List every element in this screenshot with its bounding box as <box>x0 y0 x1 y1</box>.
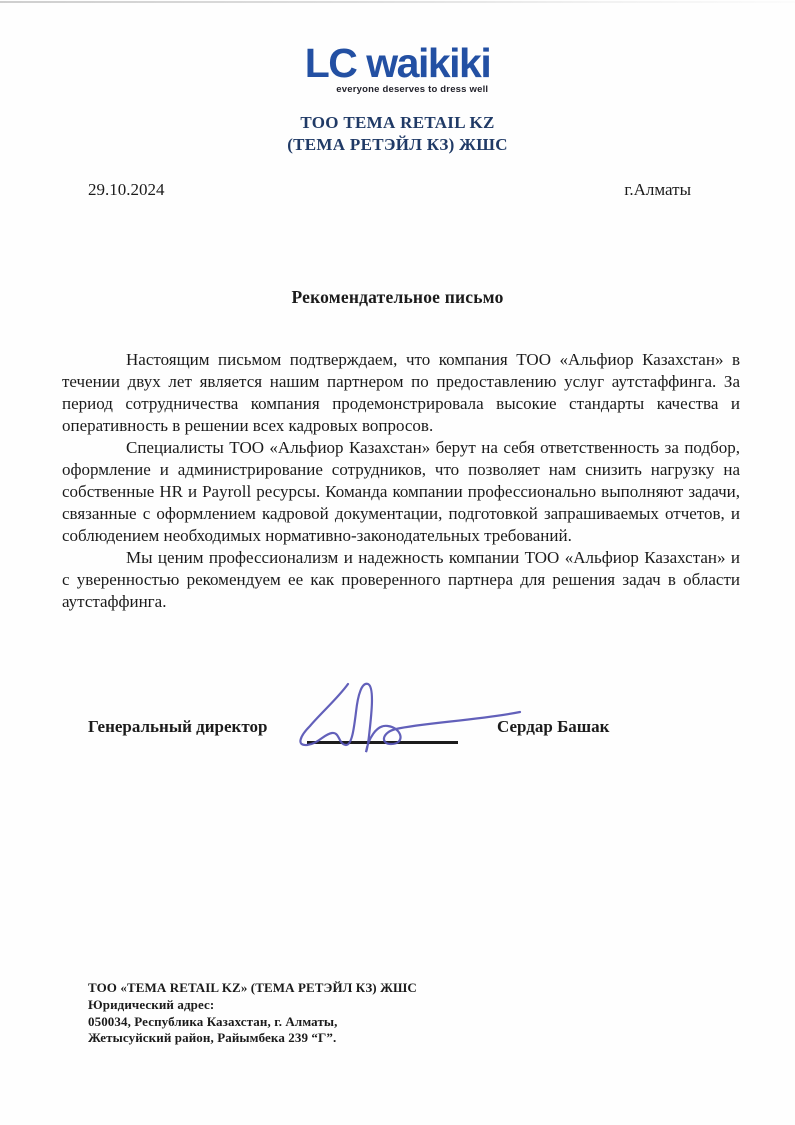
paragraph-3: Мы ценим профессионализм и надежность ко… <box>62 547 740 613</box>
letter-body: Настоящим письмом подтверждаем, что комп… <box>62 349 740 613</box>
footer-address-line1: 050034, Республика Казахстан, г. Алматы, <box>88 1014 417 1031</box>
company-name-kz: (ТЕМА РЕТЭЙЛ КЗ) ЖШС <box>0 134 795 156</box>
lcwaikiki-logo: LC waikiki <box>305 42 491 84</box>
paragraph-1: Настоящим письмом подтверждаем, что комп… <box>62 349 740 437</box>
letter-page: LC waikiki everyone deserves to dress we… <box>0 0 795 1125</box>
company-name-en: ТОО ТЕМА RETAIL KZ <box>0 112 795 134</box>
company-header: ТОО ТЕМА RETAIL KZ (ТЕМА РЕТЭЙЛ КЗ) ЖШС <box>0 112 795 155</box>
letter-title: Рекомендательное письмо <box>0 287 795 308</box>
letter-date: 29.10.2024 <box>88 180 165 200</box>
footer-address-line2: Жетысуйский район, Райымбека 239 “Г”. <box>88 1030 417 1047</box>
scan-artifact-line <box>0 1 795 3</box>
signatory-name: Сердар Башак <box>497 717 609 737</box>
letter-city: г.Алматы <box>624 180 691 200</box>
date-city-row: 29.10.2024 г.Алматы <box>88 180 691 200</box>
logo: LC waikiki everyone deserves to dress we… <box>0 42 795 97</box>
signature-ink <box>288 678 528 756</box>
paragraph-2: Специалисты ТОО «Альфиор Казахстан» беру… <box>62 437 740 547</box>
footer-address: ТОО «ТЕМА RETAIL KZ» (ТЕМА РЕТЭЙЛ КЗ) ЖШ… <box>88 980 417 1047</box>
footer-company-line: ТОО «ТЕМА RETAIL KZ» (ТЕМА РЕТЭЙЛ КЗ) ЖШ… <box>88 980 417 997</box>
footer-legal-label: Юридический адрес: <box>88 997 417 1014</box>
signatory-role: Генеральный директор <box>88 717 267 737</box>
logo-inner: LC waikiki everyone deserves to dress we… <box>305 42 491 95</box>
